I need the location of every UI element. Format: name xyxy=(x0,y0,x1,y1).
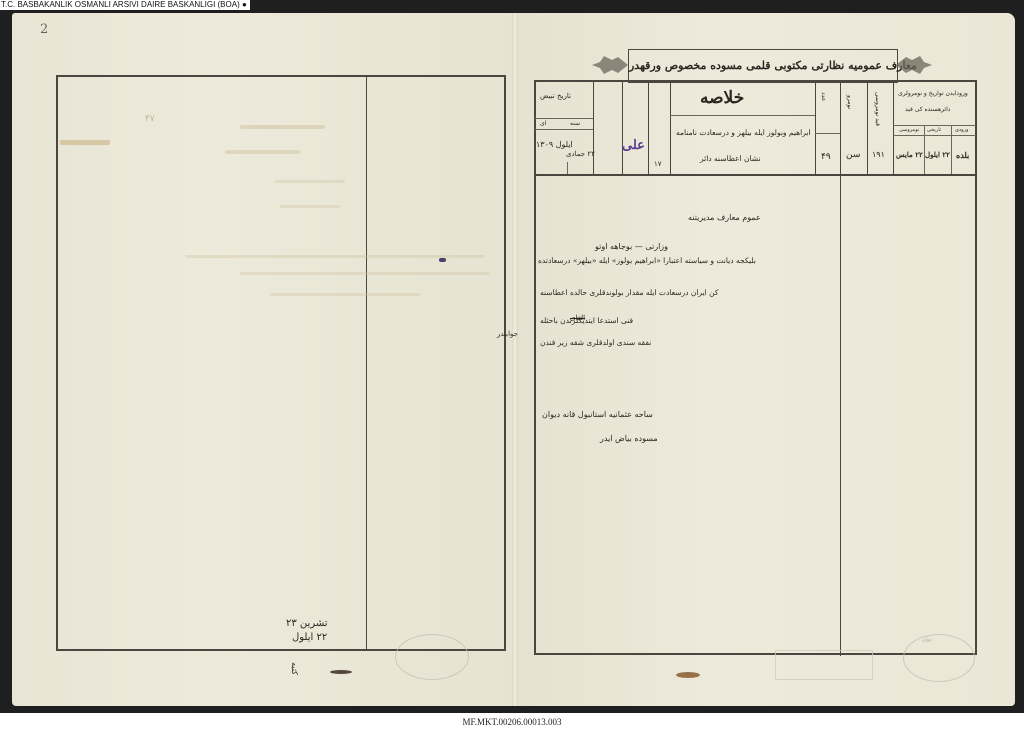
register-date: ۱۷ xyxy=(654,160,662,168)
label-date-of-writing: تاریخ تبیض xyxy=(540,92,571,100)
header-col-divider xyxy=(951,125,952,174)
archive-stamp xyxy=(395,634,469,680)
left-column-divider xyxy=(366,77,367,649)
body-line-2: بلیکجه دیانت و سیاسته اعتبارا «ابراهیم ب… xyxy=(538,256,756,265)
body-col-divider xyxy=(840,81,841,656)
label-sub-date: تاریخی xyxy=(927,127,941,133)
label-receipt-header-1: ورودایدن تواریخ و نومرولری xyxy=(898,90,968,97)
stain xyxy=(676,672,700,678)
label-date-col-a: ای xyxy=(540,120,546,127)
body-line-4: قنی استدعا ایتدیکلرندن باحثله xyxy=(540,316,633,325)
scanned-document: 2 ۴۷ تشرین ۲۳ ۲۲ ایلول کتبه معارف عموميه… xyxy=(0,0,1024,713)
register-no-value: ۱۹۱ xyxy=(872,150,885,159)
label-number: نومرو xyxy=(846,95,853,109)
header-row-rule xyxy=(535,118,593,119)
page-number-mark: 2 xyxy=(40,22,48,37)
label-date-col-b: سنه xyxy=(570,120,580,127)
summary-line-1: ابراهیم وبولوز ایله بیلهز و درسعادت نامن… xyxy=(676,128,811,137)
header-col-divider xyxy=(648,81,649,174)
arrival-number-value: ۲۲ مایس xyxy=(896,150,923,159)
margin-note: جوابندر xyxy=(497,330,518,338)
body-line-5: نفقه سندی اولدقلری شقه زیر قندن xyxy=(540,338,651,347)
left-bottom-note-1: تشرین ۲۳ xyxy=(286,618,328,629)
label-register: قید نومروسی xyxy=(874,92,881,126)
body-heading: عموم معارف مدیریتنه xyxy=(688,213,761,222)
header-row-rule xyxy=(893,125,976,126)
count-value: ۴۹ xyxy=(821,152,831,162)
rectangular-stamp xyxy=(775,650,873,680)
header-col-divider xyxy=(815,81,816,174)
label-receipt-header-2: دائرهسنده کی قید xyxy=(905,106,950,113)
ornament-left-icon xyxy=(590,54,628,76)
left-page-frame xyxy=(56,75,506,651)
faint-number: ۴۷ xyxy=(145,114,155,124)
header-col-divider xyxy=(670,81,671,174)
archive-stamp-right: دوان xyxy=(903,634,975,682)
header-col-divider xyxy=(622,81,623,174)
struck-note: الغای xyxy=(570,314,585,322)
number-value: سن xyxy=(846,150,860,160)
arrival-dept-value: بلده xyxy=(956,150,969,160)
closing-line-2: مسوده بیاض ایدر xyxy=(600,434,658,443)
closing-line-1: ساحه عثمانیه استانبول قانه دیوان xyxy=(542,410,653,419)
purple-signature: علی xyxy=(622,138,645,153)
header-col-divider xyxy=(567,162,568,174)
left-bottom-note-2: ۲۲ ایلول xyxy=(292,632,327,643)
arrival-date-value: ۲۲ ایلول xyxy=(925,150,950,159)
label-sub-number: نومروسی xyxy=(899,127,919,133)
banner-title-box: معارف عموميه نظارتی مکتوبی قلمی مسوده مخ… xyxy=(628,49,898,83)
page-fold xyxy=(512,13,518,706)
right-page-frame xyxy=(534,80,977,655)
header-row-rule xyxy=(893,135,976,136)
label-count: عدد xyxy=(820,92,827,101)
header-row-rule xyxy=(815,133,840,134)
header-col-divider xyxy=(867,81,868,174)
ornament-right-icon xyxy=(896,54,934,76)
banner-title: معارف عموميه نظارتی مکتوبی قلمی مسوده مخ… xyxy=(629,59,917,72)
header-col-divider xyxy=(893,81,894,174)
summary-heading: خلاصه xyxy=(700,88,744,108)
archive-caption: T.C. BASBAKANLIK OSMANLI ARSIVI DAIRE BA… xyxy=(0,0,250,10)
writing-date-a: ایلول ۱۳۰۹ xyxy=(536,140,573,149)
header-bottom-rule xyxy=(535,174,976,176)
document-reference-code: MF.MKT.00206.00013.003 xyxy=(0,713,1024,731)
summary-line-2: نشان اعطاسنه دائر xyxy=(700,154,761,163)
header-row-rule xyxy=(670,115,815,116)
header-row-rule xyxy=(535,129,593,130)
left-side-note: کتبه xyxy=(290,662,299,675)
document-viewer: 2 ۴۷ تشرین ۲۳ ۲۲ ایلول کتبه معارف عموميه… xyxy=(0,0,1024,731)
label-sub-arrival: ورودی xyxy=(955,127,968,133)
header-col-divider xyxy=(593,81,594,174)
body-line-1: وزارتی — بوجاهه اوتو xyxy=(595,242,668,251)
body-line-3: کن ایران درسعادت ایله مقدار بولوندقلری ح… xyxy=(540,288,718,297)
writing-date-b: ۲۲ جمادی xyxy=(566,150,595,158)
ink-stain xyxy=(330,670,352,674)
